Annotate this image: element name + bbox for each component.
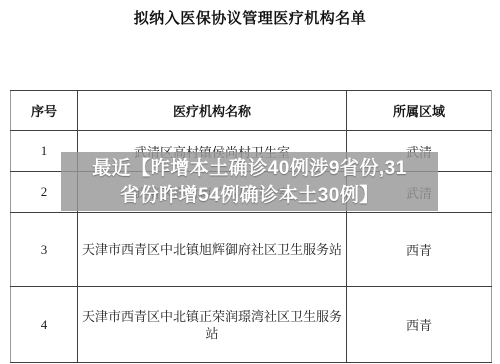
row-region: 西青 bbox=[347, 213, 492, 287]
header-region: 所属区域 bbox=[347, 91, 492, 131]
row-region: 西青 bbox=[347, 287, 492, 363]
overlay-text-line-2: 省份昨增54例确诊本土30例】 bbox=[120, 182, 379, 209]
overlay-text-line-1: 最近【昨增本土确诊40例涉9省份,31 bbox=[92, 155, 407, 182]
row-institution-name: 天津市西青区中北镇正荣润璟湾社区卫生服务站 bbox=[78, 287, 347, 363]
row-seq: 3 bbox=[11, 213, 78, 287]
header-seq: 序号 bbox=[11, 91, 78, 131]
table-row: 4 天津市西青区中北镇正荣润璟湾社区卫生服务站 西青 bbox=[11, 287, 492, 363]
row-institution-name: 天津市西青区中北镇旭辉御府社区卫生服务站 bbox=[78, 213, 347, 287]
table-row: 3 天津市西青区中北镇旭辉御府社区卫生服务站 西青 bbox=[11, 213, 492, 287]
page-title: 拟纳入医保协议管理医疗机构名单 bbox=[0, 7, 500, 28]
header-institution-name: 医疗机构名称 bbox=[78, 91, 347, 131]
row-seq: 4 bbox=[11, 287, 78, 363]
overlay-banner: 最近【昨增本土确诊40例涉9省份,31 省份昨增54例确诊本土30例】 bbox=[61, 152, 438, 211]
table-header-row: 序号 医疗机构名称 所属区域 bbox=[11, 91, 492, 131]
institutions-table: 序号 医疗机构名称 所属区域 1 武清区高村镇侯尚村卫生室 武清 2 武清区高村… bbox=[10, 90, 492, 363]
